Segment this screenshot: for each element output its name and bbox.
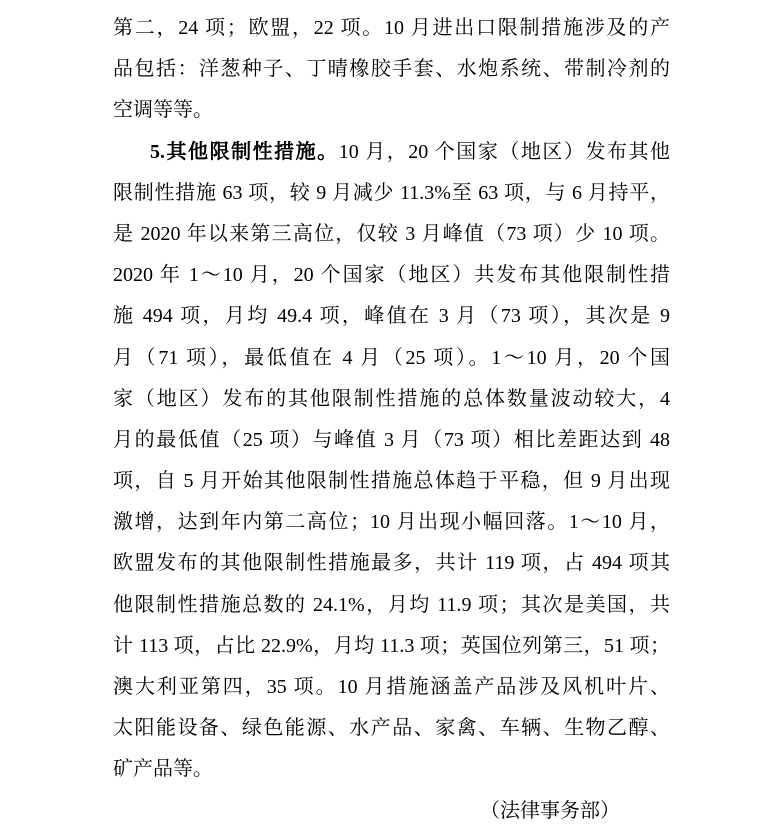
text-line-content: 第二，24 项；欧盟，22 项。10 月进出口限制措施涉及的产 [113,17,670,39]
text-line: 欧盟发布的其他限制性措施最多，共计 119 项，占 494 项其 [113,543,670,584]
text-line-content: 项，自 5 月开始其他限制性措施总体趋于平稳，但 9 月出现 [113,470,670,492]
text-line-content: 施 494 项，月均 49.4 项，峰值在 3 月（73 项），其次是 9 [113,305,670,327]
text-line: 第二，24 项；欧盟，22 项。10 月进出口限制措施涉及的产 [113,8,670,49]
text-line-content: 月的最低值（25 项）与峰值 3 月（73 项）相比差距达到 48 [113,429,670,451]
signature-legal-affairs-dept: （法律事务部） [480,800,620,822]
text-line: 品包括：洋葱种子、丁晴橡胶手套、水炮系统、带制冷剂的 [113,49,670,90]
text-line: 矿产品等。 [113,749,670,790]
text-line-content: 他限制性措施总数的 24.1%，月均 11.9 项；其次是美国，共 [113,594,670,616]
text-line-content: 2020 年 1～10 月，20 个国家（地区）共发布其他限制性措 [113,264,670,286]
document-page: 第二，24 项；欧盟，22 项。10 月进出口限制措施涉及的产 品包括：洋葱种子… [0,0,780,834]
text-line: 家（地区）发布的其他限制性措施的总体数量波动较大，4 [113,379,670,420]
text-line: 2020 年 1～10 月，20 个国家（地区）共发布其他限制性措 [113,255,670,296]
text-line: 空调等等。 [113,90,670,131]
text-line: 澳大利亚第四，35 项。10 月措施涵盖产品涉及风机叶片、 [113,667,670,708]
text-line: 太阳能设备、绿色能源、水产品、家禽、车辆、生物乙醇、 [113,708,670,749]
section-heading-other-restrictive-measures: 5.其他限制性措施。 [150,141,339,163]
signature-line: （法律事务部） [113,791,670,832]
text-line: 5.其他限制性措施。10 月，20 个国家（地区）发布其他 [113,132,670,173]
text-line-content: 是 2020 年以来第三高位，仅较 3 月峰值（73 项）少 10 项。 [113,223,670,245]
text-line: 项，自 5 月开始其他限制性措施总体趋于平稳，但 9 月出现 [113,461,670,502]
text-line-content: 澳大利亚第四，35 项。10 月措施涵盖产品涉及风机叶片、 [113,676,670,698]
text-line: 激增，达到年内第二高位；10 月出现小幅回落。1～10 月， [113,502,670,543]
text-line-content: 矿产品等。 [113,758,213,780]
text-line-content: 限制性措施 63 项，较 9 月减少 11.3%至 63 项，与 6 月持平， [113,182,670,204]
text-line-content: 空调等等。 [113,99,213,121]
text-line: 施 494 项，月均 49.4 项，峰值在 3 月（73 项），其次是 9 [113,296,670,337]
text-line-content: 计 113 项，占比 22.9%，月均 11.3 项；英国位列第三，51 项； [113,635,670,657]
text-line-content: 月（71 项），最低值在 4 月（25 项）。1～10 月，20 个国 [113,347,670,369]
text-line: 他限制性措施总数的 24.1%，月均 11.9 项；其次是美国，共 [113,585,670,626]
text-line: 月的最低值（25 项）与峰值 3 月（73 项）相比差距达到 48 [113,420,670,461]
text-line-content: 品包括：洋葱种子、丁晴橡胶手套、水炮系统、带制冷剂的 [113,58,670,80]
text-line-content: 太阳能设备、绿色能源、水产品、家禽、车辆、生物乙醇、 [113,717,670,739]
text-line: 限制性措施 63 项，较 9 月减少 11.3%至 63 项，与 6 月持平， [113,173,670,214]
text-line: 是 2020 年以来第三高位，仅较 3 月峰值（73 项）少 10 项。 [113,214,670,255]
text-line-content: 欧盟发布的其他限制性措施最多，共计 119 项，占 494 项其 [113,552,670,574]
text-line-content: 10 月，20 个国家（地区）发布其他 [339,141,670,163]
text-line-content: 家（地区）发布的其他限制性措施的总体数量波动较大，4 [113,388,670,410]
text-line: 月（71 项），最低值在 4 月（25 项）。1～10 月，20 个国 [113,338,670,379]
text-line: 计 113 项，占比 22.9%，月均 11.3 项；英国位列第三，51 项； [113,626,670,667]
text-line-content: 激增，达到年内第二高位；10 月出现小幅回落。1～10 月， [113,511,670,533]
